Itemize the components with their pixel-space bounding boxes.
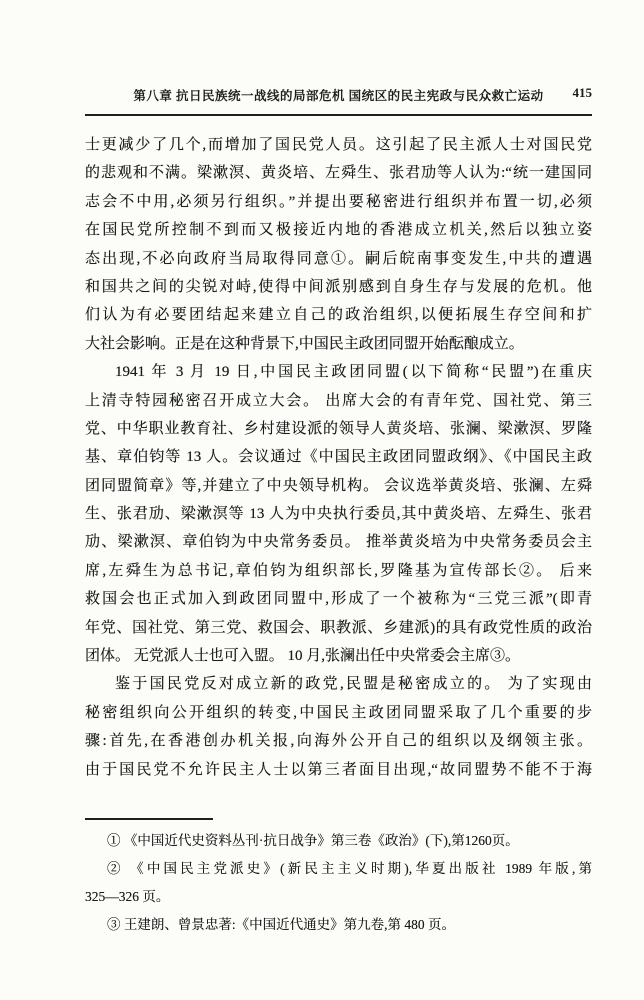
body-text: 士更减少了几个,而增加了国民党人员。这引起了民主派人士对国民党 的悲观和不满。梁…: [85, 131, 592, 784]
chapter-title: 第八章 抗日民族统一战线的局部危机 国统区的民主宪政与民众救亡运动: [133, 89, 543, 103]
footnotes: ① 《中国近代史资料丛刊·抗日战争》第三卷《政治》(下),第1260页。 ② 《…: [85, 827, 592, 939]
book-page: 第八章 抗日民族统一战线的局部危机 国统区的民主宪政与民众救亡运动 415 士更…: [0, 0, 644, 1000]
footnote-line: ③ 王建朗、曾景忠著:《中国近代通史》第九卷,第 480 页。: [85, 911, 592, 939]
body-line: 和国共之间的尖锐对峙,使得中间派别感到自身生存与发展的危机。他: [85, 273, 592, 301]
body-line: 由于国民党不允许民主人士以第三者面目出现,“故同盟势不能不于海: [85, 756, 592, 784]
body-line: 团体。 无党派人士也可入盟。 10 月,张澜出任中央常委会主席③。: [85, 642, 592, 670]
body-line: 骤:首先,在香港创办机关报,向海外公开自己的组织以及纲领主张。: [85, 727, 592, 755]
body-line: 席,左舜生为总书记,章伯钧为组织部长,罗隆基为宣传部长②。 后来: [85, 557, 592, 585]
body-line: 1941 年 3 月 19 日,中国民主政团同盟(以下简称“民盟”)在重庆: [85, 358, 592, 386]
body-line: 救国会也正式加入到政团同盟中,形成了一个被称为“三党三派”(即青: [85, 585, 592, 613]
footnote-line: ① 《中国近代史资料丛刊·抗日战争》第三卷《政治》(下),第1260页。: [85, 827, 592, 855]
page-number: 415: [573, 85, 593, 101]
body-line: 党、中华职业教育社、乡村建设派的领导人黄炎培、张澜、梁漱溟、罗隆: [85, 415, 592, 443]
body-line: 在国民党所控制不到而又极接近内地的香港成立机关,然后以独立姿: [85, 216, 592, 244]
body-line: 年党、国社党、第三党、救国会、职教派、乡建派)的具有政党性质的政治: [85, 614, 592, 642]
footnote-separator-rule: [85, 818, 213, 820]
body-line: 上清寺特园秘密召开成立大会。 出席大会的有青年党、国社党、第三: [85, 387, 592, 415]
body-line: 大社会影响。正是在这种背景下,中国民主政团同盟开始酝酿成立。: [85, 330, 592, 358]
header-rule: [85, 114, 592, 116]
body-line: 们认为有必要团结起来建立自己的政治组织,以便拓展生存空间和扩: [85, 301, 592, 329]
body-line: 的悲观和不满。梁漱溟、黄炎培、左舜生、张君劢等人认为:“统一建国同: [85, 159, 592, 187]
body-line: 秘密组织向公开组织的转变,中国民主政团同盟采取了几个重要的步: [85, 699, 592, 727]
footnote-line: 325—326 页。: [85, 883, 592, 911]
body-line: 士更减少了几个,而增加了国民党人员。这引起了民主派人士对国民党: [85, 131, 592, 159]
body-line: 团同盟简章》等,并建立了中央领导机构。 会议选举黄炎培、张澜、左舜: [85, 472, 592, 500]
running-header: 第八章 抗日民族统一战线的局部危机 国统区的民主宪政与民众救亡运动: [85, 86, 592, 104]
body-line: 鉴于国民党反对成立新的政党,民盟是秘密成立的。 为了实现由: [85, 670, 592, 698]
body-line: 劢、梁漱溟、章伯钧为中央常务委员。 推举黄炎培为中央常务委员会主: [85, 528, 592, 556]
body-line: 态出现,不必向政府当局取得同意①。嗣后皖南事变发生,中共的遭遇: [85, 245, 592, 273]
footnote-line: ② 《中国民主党派史》(新民主主义时期),华夏出版社 1989 年版,第: [85, 855, 592, 883]
body-line: 志会不中用,必须另行组织。”并提出要秘密进行组织并布置一切,必须: [85, 188, 592, 216]
body-line: 生、张君劢、梁漱溟等 13 人为中央执行委员,其中黄炎培、左舜生、张君: [85, 500, 592, 528]
body-line: 基、章伯钧等 13 人。会议通过《中国民主政团同盟政纲》、《中国民主政: [85, 443, 592, 471]
